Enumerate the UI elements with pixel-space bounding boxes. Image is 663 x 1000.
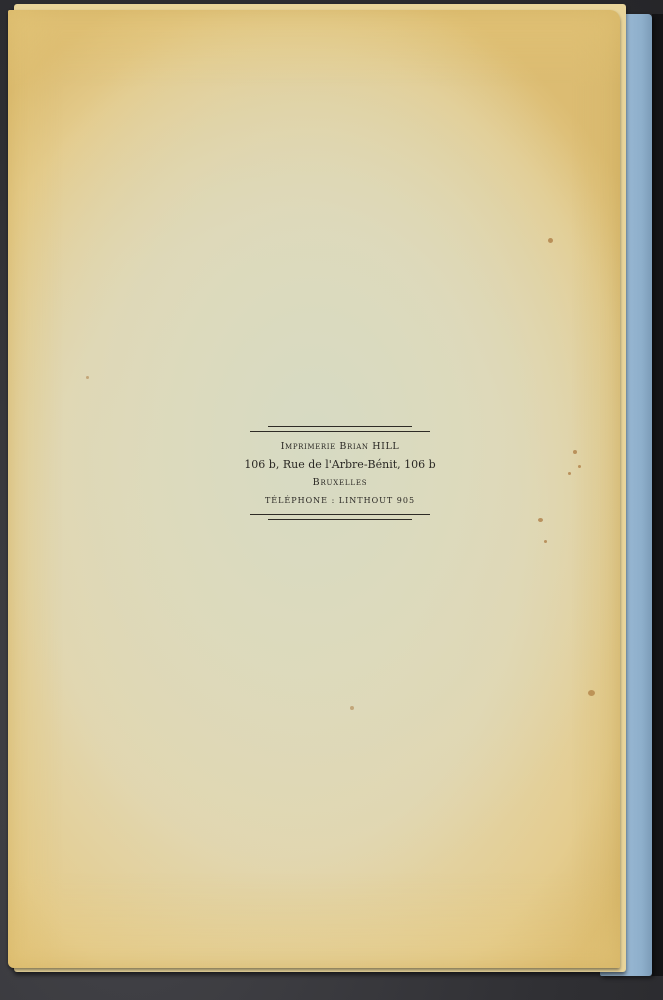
printer-name: Imprimerie Brian HILL [240, 438, 440, 456]
foxing-spot [568, 472, 571, 475]
top-double-rule [240, 426, 440, 432]
foxing-spot [538, 518, 543, 522]
rule-line [250, 431, 430, 432]
printer-city: Bruxelles [240, 474, 440, 492]
foxing-spot [588, 690, 595, 696]
rule-line [250, 514, 430, 515]
rule-line [268, 426, 412, 427]
rule-line [268, 519, 412, 520]
foxing-spot [86, 376, 89, 379]
foxing-spot [350, 706, 354, 710]
foxing-spot [573, 450, 577, 454]
printer-telephone: Téléphone : Linthout 905 [240, 492, 440, 510]
foxing-spot [548, 238, 553, 243]
foxing-spot [578, 465, 581, 468]
printer-address: 106 b, Rue de l'Arbre-Bénit, 106 b [240, 456, 440, 474]
spine-shadow [652, 14, 663, 976]
foxing-spot [544, 540, 547, 543]
printer-imprint: Imprimerie Brian HILL 106 b, Rue de l'Ar… [240, 426, 440, 520]
bottom-double-rule [240, 514, 440, 520]
